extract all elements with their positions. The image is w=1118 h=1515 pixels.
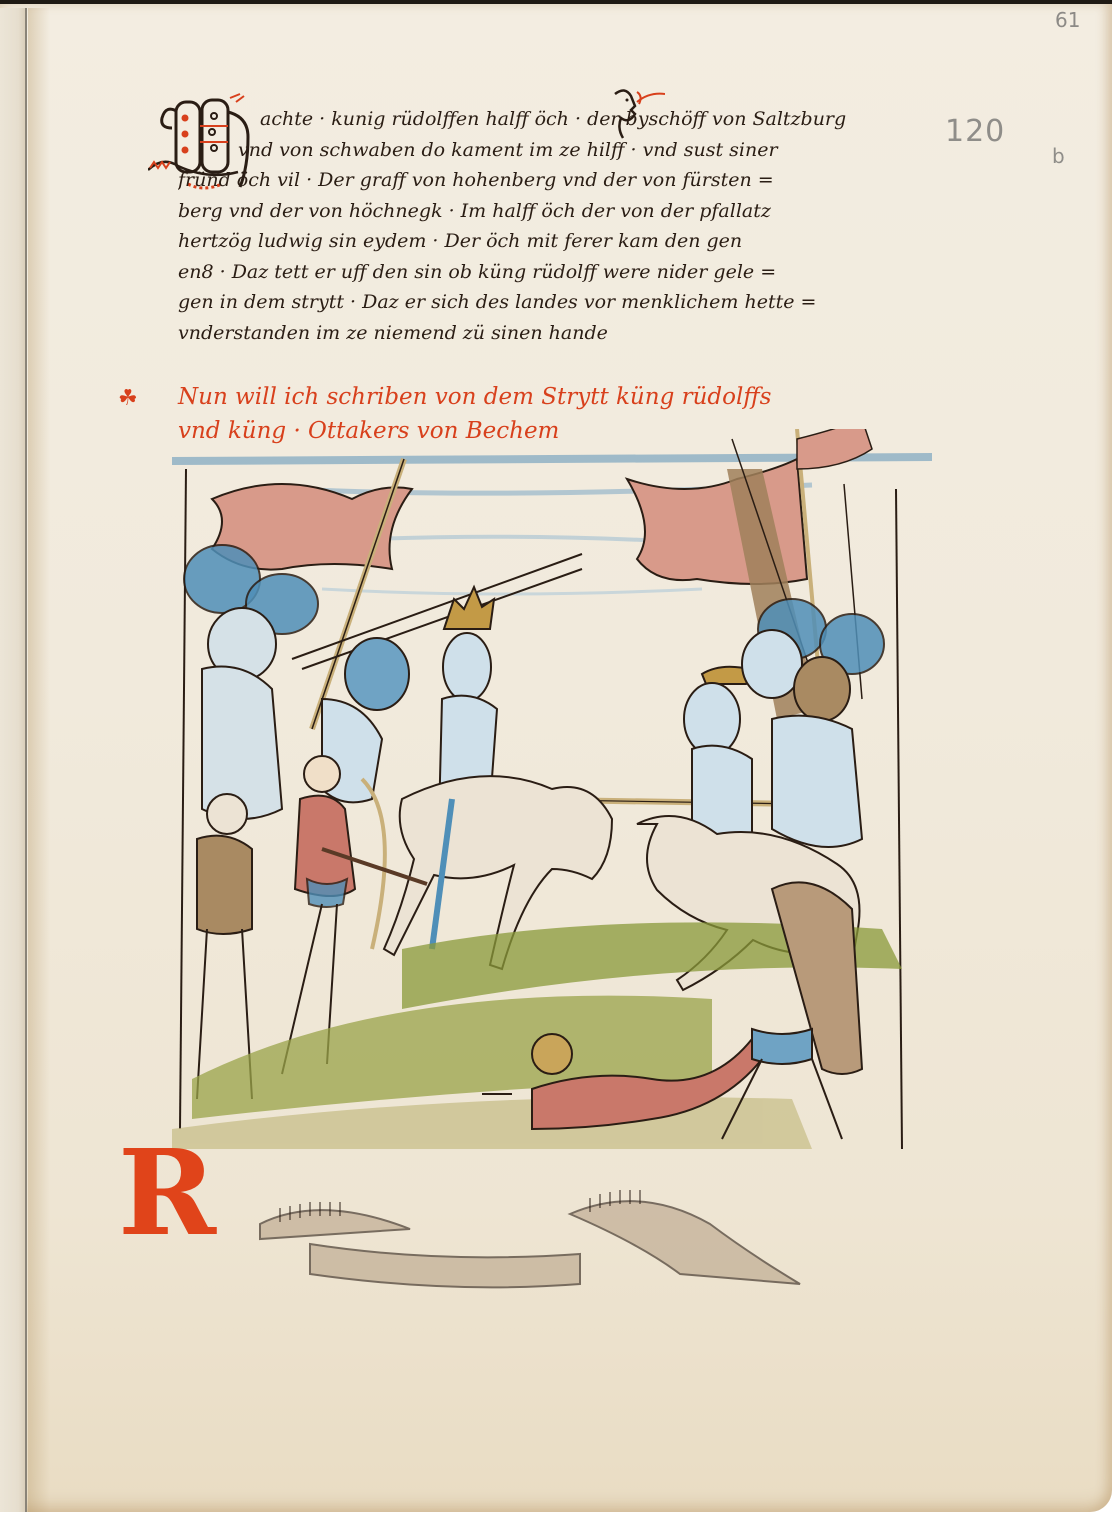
manuscript-page: 61 120 b achte · kunig rüdolffen halff ö… [0, 0, 1112, 1512]
gutter-shadow [28, 8, 50, 1512]
text-line: gen in dem strytt · Daz er sich des land… [178, 287, 958, 318]
folio-number: 61 [1055, 8, 1080, 32]
gutter-fold-line [25, 8, 27, 1512]
right-knights [742, 599, 884, 847]
text-line: fründ öch vil · Der graff von hohenberg … [178, 165, 958, 196]
text-line: vnd von schwaben do kament im ze hilff ·… [178, 135, 958, 166]
left-knights [184, 545, 409, 819]
rubric-flourish-icon: ☘ [118, 386, 138, 411]
shelf-mark-suffix: b [1052, 144, 1065, 168]
foot-soldier [197, 794, 252, 1099]
text-line: achte · kunig rüdolffen halff öch · der … [178, 104, 958, 135]
main-text-block: achte · kunig rüdolffen halff öch · der … [178, 104, 958, 348]
text-line: berg vnd der von höchnegk · Im halff öch… [178, 196, 958, 227]
rubric-line: Nun will ich schriben von dem Strytt kün… [178, 380, 938, 414]
text-line: en8 · Daz tett er uff den sin ob küng rü… [178, 257, 958, 288]
text-line: hertzög ludwig sin eydem · Der öch mit f… [178, 226, 958, 257]
text-line: vnderstanden im ze niemend zü sinen hand… [178, 318, 958, 349]
battle-illustration [172, 429, 932, 1149]
decorated-initial-r: R [118, 1134, 216, 1252]
lower-ground-shapes [220, 1164, 920, 1304]
left-king-on-horse [384, 587, 612, 969]
gutter-edge [0, 8, 26, 1512]
